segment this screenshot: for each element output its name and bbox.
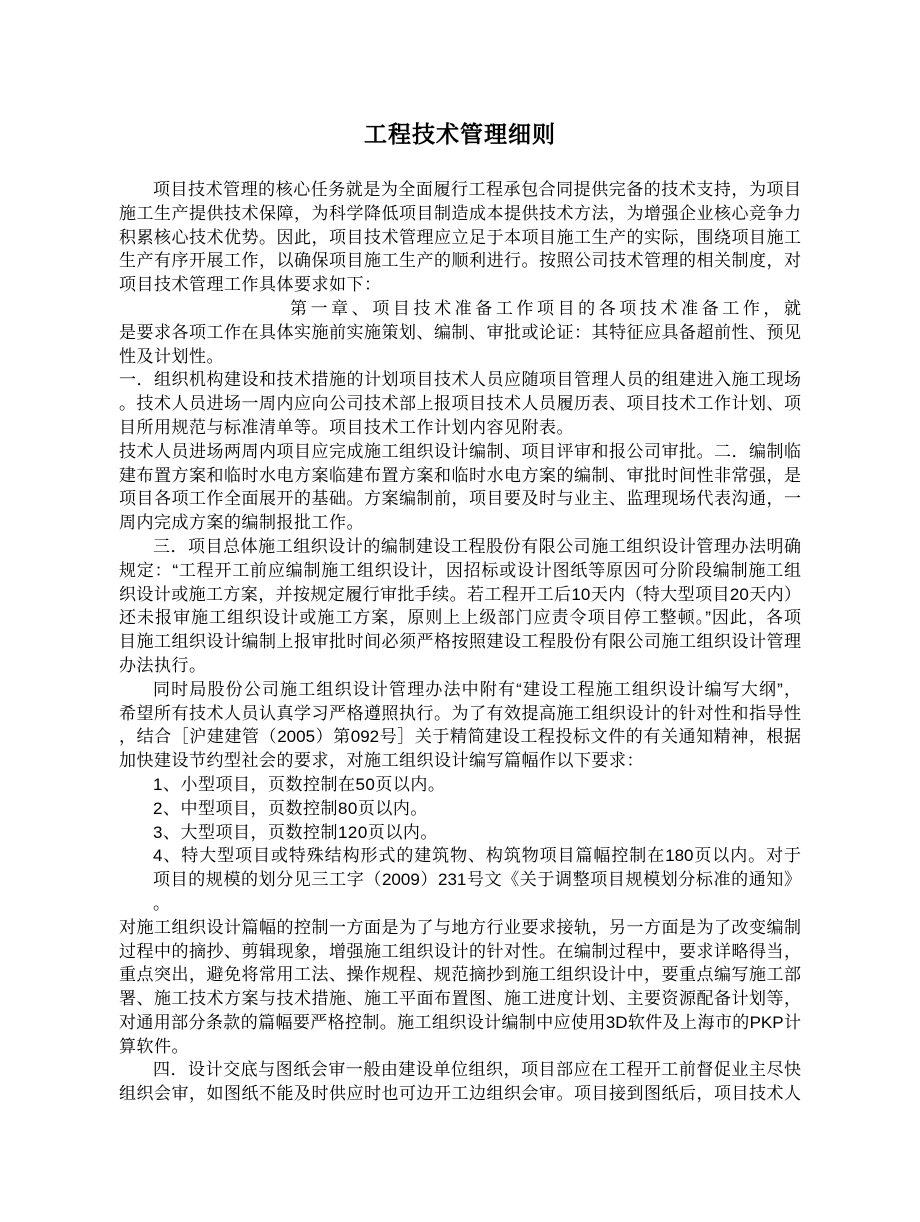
text-line: 周内完成方案的编制报批工作。	[119, 511, 801, 535]
text-line: 织设计或施工方案，并按规定履行审批手续。若工程开工后10天内（特大型项目20天内…	[119, 583, 801, 607]
text-line: 希望所有技术人员认真学习严格遵照执行。为了有效提高施工组织设计的针对性和指导性	[119, 702, 801, 726]
text-line: 项目各项工作全面展开的基础。方案编制前，项目要及时与业主、监理现场代表沟通，一	[119, 487, 801, 511]
text-line: 四．设计交底与图纸会审一般由建设单位组织，项目部应在工程开工前督促业主尽快	[153, 1058, 801, 1082]
text-line: 一．组织机构建设和技术措施的计划项目技术人员应随项目管理人员的组建进入施工现场	[119, 368, 801, 392]
text-line: 三．项目总体施工组织设计的编制建设工程股份有限公司施工组织设计管理办法明确	[153, 535, 801, 559]
text-line: 是要求各项工作在具体实施前实施策划、编制、审批或论证：其特征应具备超前性、预见	[119, 321, 801, 345]
text-line: 积累核心技术优势。因此，项目技术管理应立足于本项目施工生产的实际，围绕项目施工	[119, 226, 801, 250]
text-line: 项目技术管理工作具体要求如下：	[119, 273, 801, 297]
text-line: 项目的规模的划分见三工字（2009）231号文《关于调整项目规模划分标准的通知》	[153, 868, 801, 892]
text-line: 。技术人员进场一周内应向公司技术部上报项目技术人员履历表、项目技术工作计划、项	[119, 392, 801, 416]
text-line: 建布置方案和临时水电方案临建布置方案和临时水电方案的编制、审批时间性非常强，是	[119, 464, 801, 488]
text-line: 加快建设节约型社会的要求，对施工组织设计编写篇幅作以下要求：	[119, 749, 801, 773]
document-title: 工程技术管理细则	[119, 116, 801, 152]
document-page: 工程技术管理细则 项目技术管理的核心任务就是为全面履行工程承包合同提供完备的技术…	[0, 0, 920, 1222]
text-line: 4、特大型项目或特殊结构形式的建筑物、构筑物项目篇幅控制在180页以内。对于	[153, 844, 801, 868]
text-line: 办法执行。	[119, 654, 801, 678]
text-line: 项目技术管理的核心任务就是为全面履行工程承包合同提供完备的技术支持，为项目	[153, 178, 801, 202]
text-line: 技术人员进场两周内项目应完成施工组织设计编制、项目评审和报公司审批。二．编制临	[119, 440, 801, 464]
document-lines: 项目技术管理的核心任务就是为全面履行工程承包合同提供完备的技术支持，为项目施工生…	[119, 178, 801, 1106]
text-line: 过程中的摘抄、剪辑现象，增强施工组织设计的针对性。在编制过程中，要求详略得当，	[119, 940, 801, 964]
text-line: 同时局股份公司施工组织设计管理办法中附有“建设工程施工组织设计编写大纲”，	[153, 678, 801, 702]
text-line: 还未报审施工组织设计或施工方案，原则上上级部门应责令项目停工整顿。”因此，各项	[119, 606, 801, 630]
document-body: 工程技术管理细则 项目技术管理的核心任务就是为全面履行工程承包合同提供完备的技术…	[119, 0, 801, 1106]
text-line: 3、大型项目，页数控制120页以内。	[153, 821, 801, 845]
text-line: 规定：“工程开工前应编制施工组织设计，因招标或设计图纸等原因可分阶段编制施工组	[119, 559, 801, 583]
text-line: 目施工组织设计编制上报审批时间必须严格按照建设工程股份有限公司施工组织设计管理	[119, 630, 801, 654]
text-line: 组织会审，如图纸不能及时供应时也可边开工边组织会审。项目接到图纸后，项目技术人	[119, 1082, 801, 1106]
text-line: 1、小型项目，页数控制在50页以内。	[153, 773, 801, 797]
text-line: 对通用部分条款的篇幅要严格控制。施工组织设计编制中应使用3D软件及上海市的PKP…	[119, 1011, 801, 1035]
text-line: 第一章、项目技术准备工作项目的各项技术准备工作，就	[290, 297, 801, 321]
text-line: 署、施工技术方案与技术措施、施工平面布置图、施工进度计划、主要资源配备计划等，	[119, 987, 801, 1011]
text-line: 2、中型项目，页数控制80页以内。	[153, 797, 801, 821]
text-line: 目所用规范与标准清单等。项目技术工作计划内容见附表。	[119, 416, 801, 440]
text-line: ，结合［沪建建管（2005）第092号］关于精简建设工程投标文件的有关通知精神，…	[119, 725, 801, 749]
text-line: 施工生产提供技术保障，为科学降低项目制造成本提供技术方法，为增强企业核心竞争力	[119, 202, 801, 226]
text-line: 算软件。	[119, 1035, 801, 1059]
text-line: 生产有序开展工作，以确保项目施工生产的顺利进行。按照公司技术管理的相关制度，对	[119, 249, 801, 273]
text-line: 性及计划性。	[119, 345, 801, 369]
text-line: 对施工组织设计篇幅的控制一方面是为了与地方行业要求接轨，另一方面是为了改变编制	[119, 916, 801, 940]
text-line: 重点突出，避免将常用工法、操作规程、规范摘抄到施工组织设计中，要重点编写施工部	[119, 963, 801, 987]
text-line: 。	[153, 892, 801, 916]
